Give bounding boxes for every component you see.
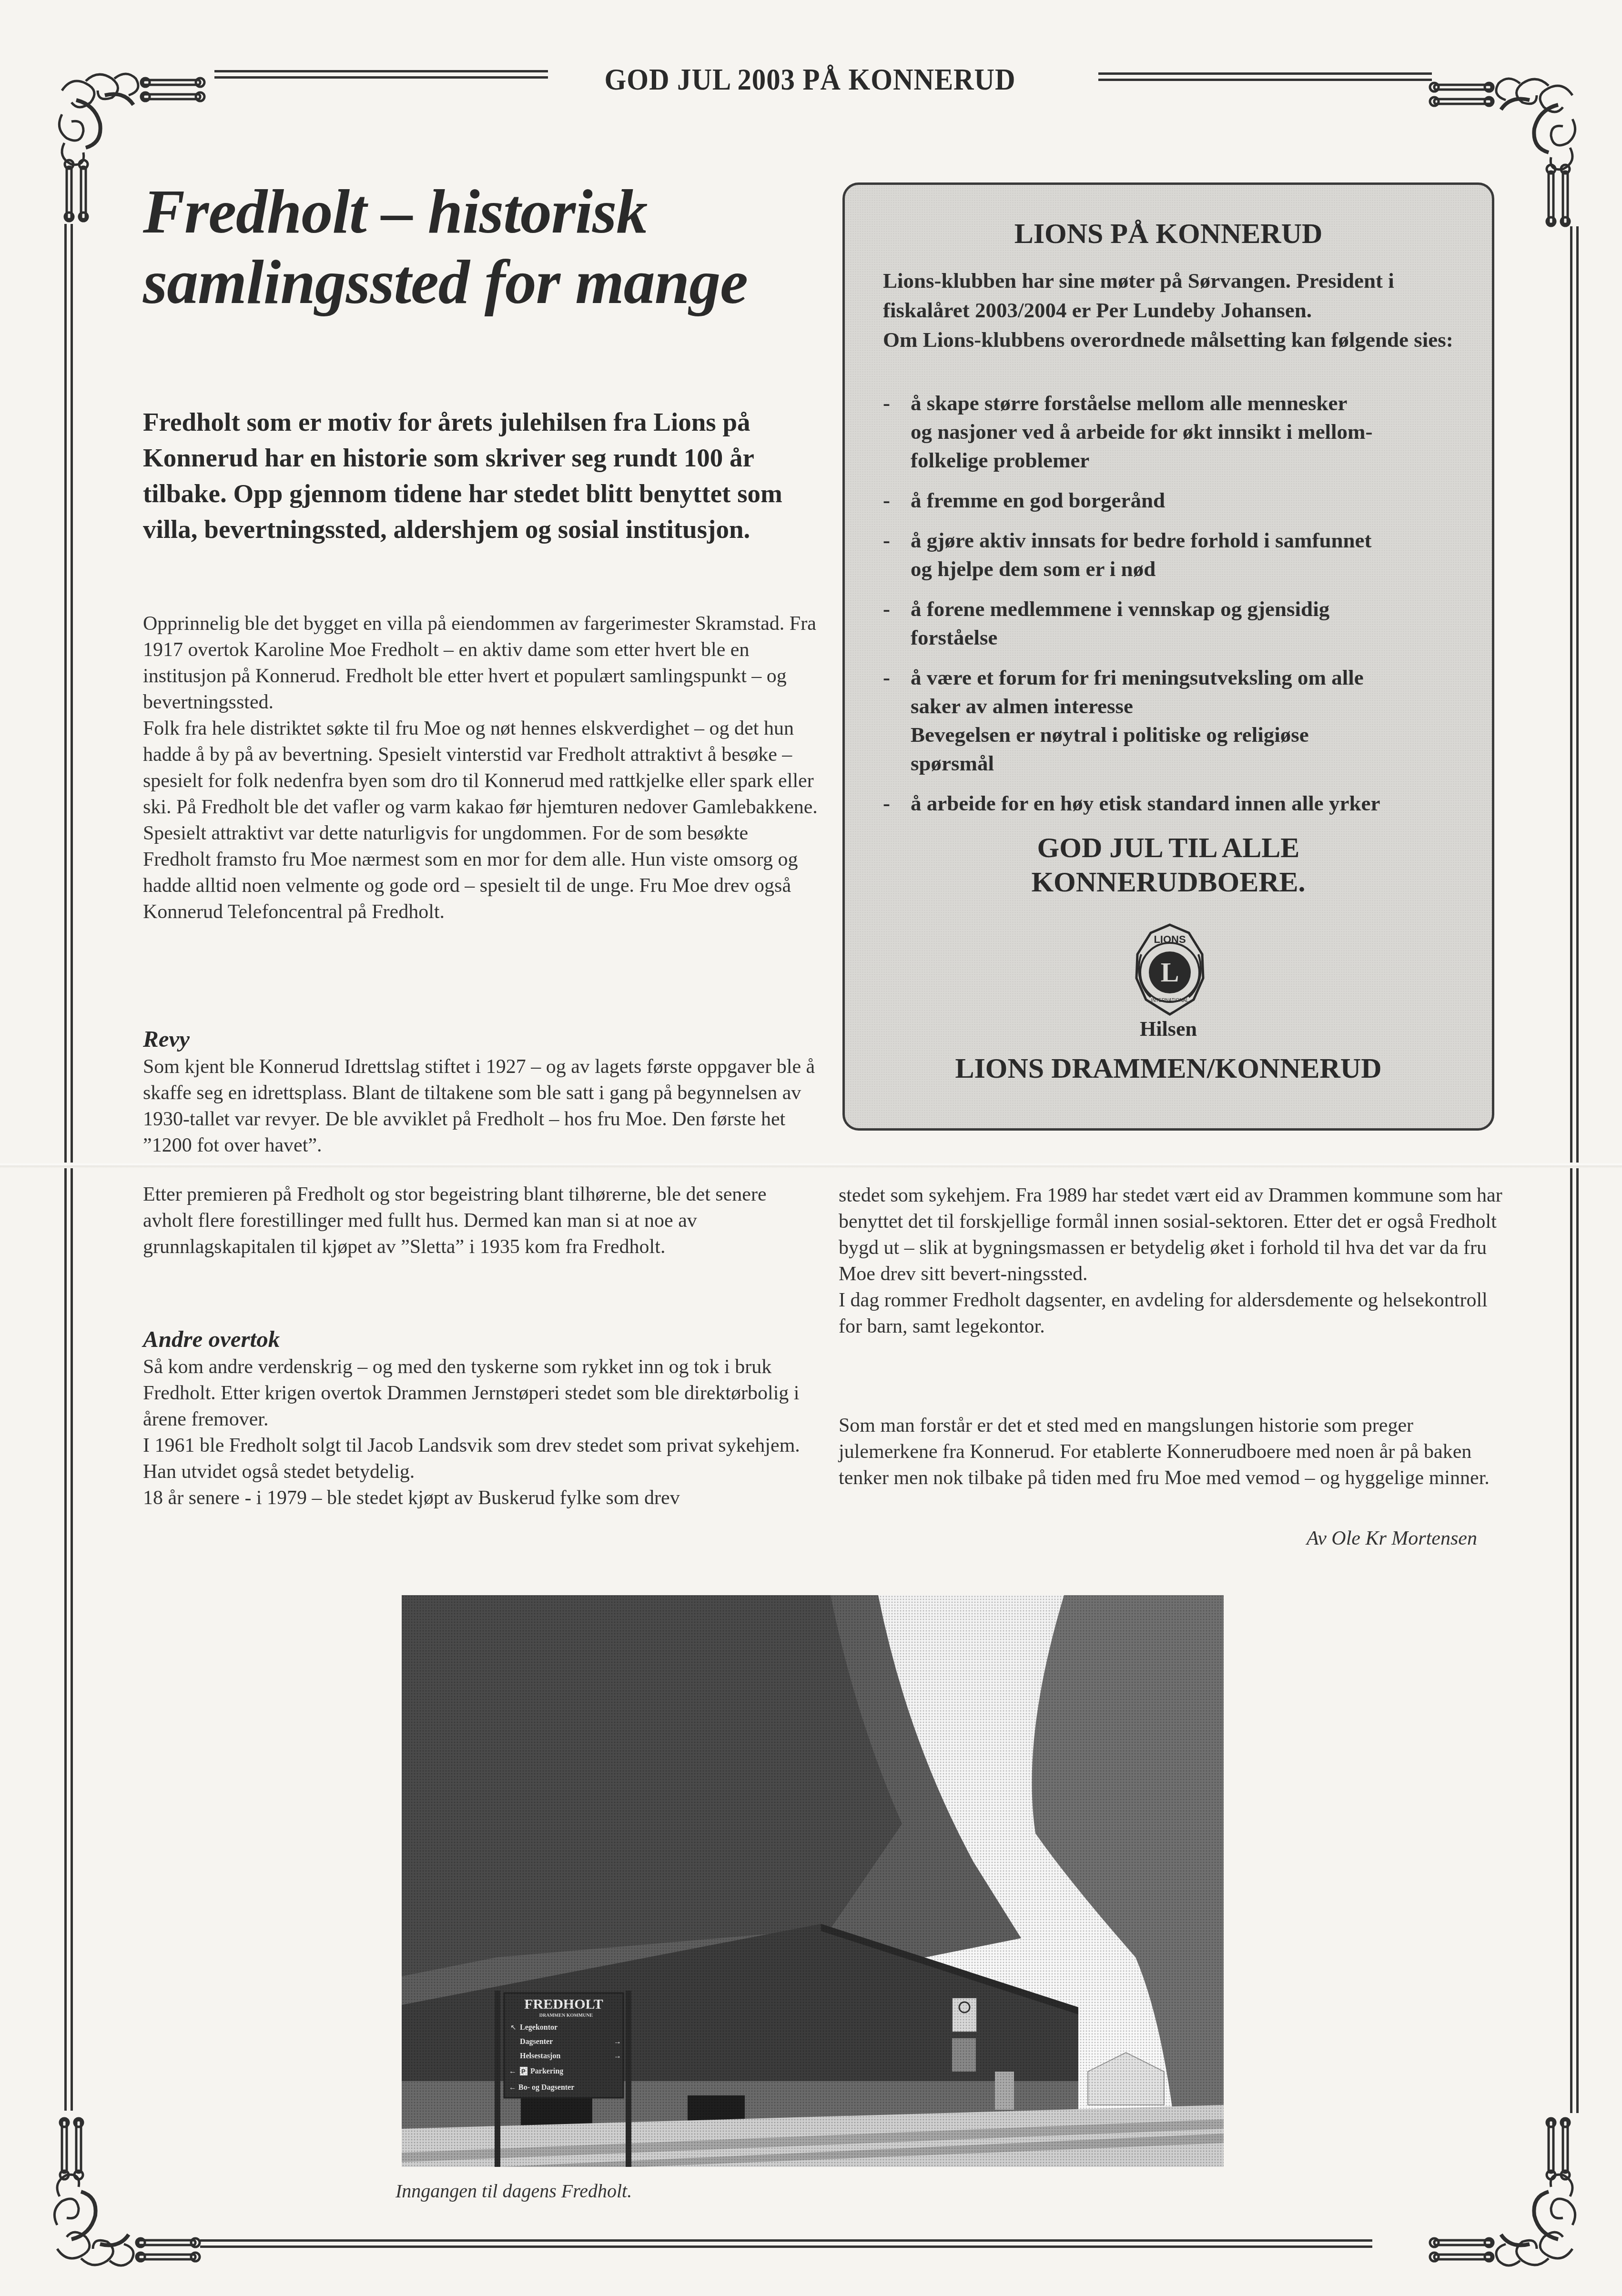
lions-christmas-greeting: GOD JUL TIL ALLE KONNERUDBOERE. [845,830,1492,899]
lions-intro: Lions-klubben har sine møter på Sørvange… [883,266,1460,354]
goal-line: å gjøre aktiv innsats for bedre forhold … [911,526,1464,555]
top-border-line-right [1098,72,1432,81]
article-headline: Fredholt – historisk samlingssted for ma… [143,176,834,317]
ornament-corner-bottom-right-icon [1425,2115,1587,2277]
bullet-dash: - [883,486,890,515]
greeting-line-2: KONNERUDBOERE. [845,865,1492,899]
lions-goal-item: - å gjøre aktiv innsats for bedre forhol… [883,526,1464,583]
paragraph-closing: Som man forstår er det et sted med en ma… [839,1413,1506,1491]
lions-goals-list: - å skape større forståelse mellom alle … [883,389,1464,829]
lions-hilsen: Hilsen [845,1017,1492,1041]
svg-text:L: L [1161,957,1179,988]
article-byline: Av Ole Kr Mortensen [1191,1527,1477,1550]
goal-line: folkelige problemer [911,446,1464,475]
lions-intro-line-2: Om Lions-klubbens overordnede målsetting… [883,325,1460,354]
goal-line: saker av almen interesse [911,692,1464,720]
section-andre-overtok: Andre overtok Så kom andre verdenskrig –… [143,1325,820,1511]
bullet-dash: - [883,595,890,623]
paragraph-right-2: I dag rommer Fredholt dagsenter, en avde… [839,1287,1506,1340]
lions-info-box: LIONS PÅ KONNERUD Lions-klubben har sine… [842,182,1494,1131]
headline-line-2: samlingssted for mange [143,247,834,317]
paragraph-right-1: stedet som sykehjem. Fra 1989 har stedet… [839,1183,1506,1287]
goal-line: å forene medlemmene i vennskap og gjensi… [911,595,1464,623]
bullet-dash: - [883,789,890,818]
photo-caption: Inngangen til dagens Fredholt. [395,2180,824,2202]
top-border-line-left [214,70,548,79]
masthead-title: GOD JUL 2003 PÅ KONNERUD [560,62,1060,97]
lions-goal-item: - å forene medlemmene i vennskap og gjen… [883,595,1464,652]
paragraph-revy-2: Etter premieren på Fredholt og stor bege… [143,1182,820,1260]
bullet-dash: - [883,663,890,692]
bottom-border-line [200,2239,1372,2248]
paragraph-intro-2: Folk fra hele distriktet søkte til fru M… [143,716,820,925]
bullet-dash: - [883,526,890,555]
article-intro: Opprinnelig ble det bygget en villa på e… [143,611,820,925]
paragraph-revy-1: Som kjent ble Konnerud Idrettslag stifte… [143,1054,820,1159]
goal-line: Bevegelsen er nøytral i politiske og rel… [911,720,1464,749]
goal-line: spørsmål [911,749,1464,778]
headline-line-1: Fredholt – historisk [143,176,834,247]
lions-goal-item: - å fremme en god borgerånd [883,486,1464,515]
goal-line: forståelse [911,623,1464,652]
goal-line: å være et forum for fri meningsutvekslin… [911,663,1464,692]
lions-goal-item: - å skape større forståelse mellom alle … [883,389,1464,475]
lions-goal-item: - å være et forum for fri meningsutveksl… [883,663,1464,778]
goal-line: å fremme en god borgerånd [911,486,1464,515]
article-closing: Som man forstår er det et sted med en ma… [839,1413,1506,1491]
paper-fold-crease [0,1163,1622,1168]
lead-paragraph: Fredholt som er motiv for årets julehils… [143,404,810,547]
article-lead: Fredholt som er motiv for årets julehils… [143,404,810,547]
paragraph-intro-1: Opprinnelig ble det bygget en villa på e… [143,611,820,716]
lions-box-title: LIONS PÅ KONNERUD [845,217,1492,250]
article-continuation: stedet som sykehjem. Fra 1989 har stedet… [839,1183,1506,1340]
goal-line: å arbeide for en høy etisk standard inne… [911,789,1464,818]
right-border-line [1570,226,1579,2113]
paragraph-andre-2: I 1961 ble Fredholt solgt til Jacob Land… [143,1433,820,1485]
goal-line: og hjelpe dem som er i nød [911,555,1464,583]
svg-text:INTERNATIONAL: INTERNATIONAL [1151,998,1189,1003]
subheading-andre-overtok: Andre overtok [143,1325,820,1354]
paragraph-andre-3: 18 år senere - i 1979 – ble stedet kjøpt… [143,1485,820,1511]
lions-goal-item: - å arbeide for en høy etisk standard in… [883,789,1464,818]
goal-line: og nasjoner ved å arbeide for økt innsik… [911,417,1464,446]
fredholt-photo: FREDHOLT DRAMMEN KOMMUNE ↖ Legekontor Da… [402,1595,1224,2167]
lions-signature: LIONS DRAMMEN/KONNERUD [845,1052,1492,1085]
section-revy: Revy Som kjent ble Konnerud Idrettslag s… [143,1024,820,1159]
subheading-revy: Revy [143,1024,820,1054]
bullet-dash: - [883,389,890,417]
lions-international-emblem-icon: L LIONS INTERNATIONAL [1127,921,1213,1016]
svg-text:LIONS: LIONS [1154,933,1186,945]
ornament-corner-bottom-left-icon [43,2115,205,2277]
greeting-line-1: GOD JUL TIL ALLE [845,830,1492,865]
lions-intro-line-1: Lions-klubben har sine møter på Sørvange… [883,266,1460,325]
goal-line: å skape større forståelse mellom alle me… [911,389,1464,417]
paragraph-andre-1: Så kom andre verdenskrig – og med den ty… [143,1354,820,1433]
section-revy-continued: Etter premieren på Fredholt og stor bege… [143,1182,820,1260]
